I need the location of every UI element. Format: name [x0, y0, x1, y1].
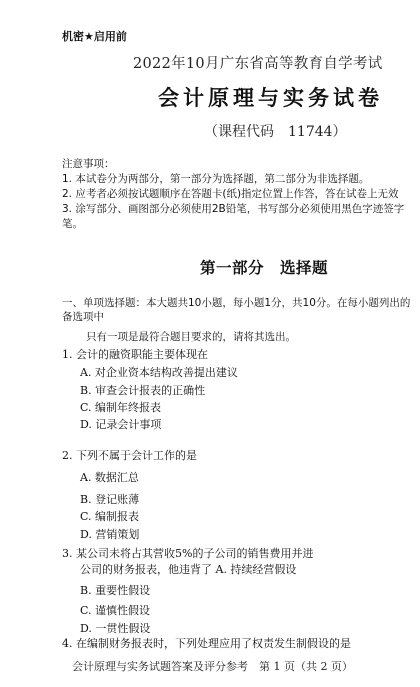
- question-option: A. 对企业资本结构改善提出建议: [80, 364, 238, 380]
- note-item: 1. 本试卷分为两部分，第一部分为选择题，第二部分为非选择题。: [62, 172, 404, 187]
- question-stem: 3. 某公司未将占其营收5%的子公司的销售费用并进: [62, 545, 313, 561]
- security-mark: 机密★启用前: [62, 28, 127, 44]
- section-instructions: 一、单项选择题：本大题共10小题，每小题1分，共10分。在每小题列出的 备选项中…: [62, 296, 410, 344]
- note-item: 3. 涂写部分、画图部分必须使用2B铅笔，书写部分必须使用黑色字迹签字: [62, 202, 404, 217]
- part-heading: 第一部分 选择题: [200, 256, 328, 278]
- exam-name: 2022年10月广东省高等教育自学考试: [133, 52, 383, 73]
- question-stem: 4. 在编制财务报表时，下列处理应用了权责发生制假设的是: [62, 635, 351, 651]
- question-stem-continued: 公司的财务报表，他违背了 A. 持续经营假设: [80, 561, 296, 577]
- page-footer: 会计原理与实务试题答案及评分参考 第 1 页（共 2 页）: [72, 658, 353, 674]
- question-stem: 1. 会计的融资职能主要体现在: [62, 346, 208, 362]
- question-option: B. 审查会计报表的正确性: [80, 382, 205, 398]
- course-code: （课程代码 11744）: [204, 121, 347, 141]
- question-stem: 2. 下列不属于会计工作的是: [62, 447, 197, 463]
- page-title: 会计原理与实务试卷: [158, 82, 383, 112]
- notes-heading: 注意事项：: [62, 157, 404, 172]
- instruction-line: 只有一项是最符合题目要求的，请将其选出。: [62, 330, 410, 344]
- question-option: D. 营销策划: [80, 526, 139, 542]
- instruction-line: 一、单项选择题：本大题共10小题，每小题1分，共10分。在每小题列出的: [62, 296, 410, 310]
- note-item: 2. 应考者必须按试题顺序在答题卡(纸)指定位置上作答，答在试卷上无效: [62, 187, 404, 202]
- question-option: A. 数据汇总: [80, 469, 139, 485]
- question-option: D. 一贯性假设: [80, 620, 150, 636]
- question-option: B. 重要性假设: [80, 582, 150, 598]
- question-option: D. 记录会计事项: [80, 416, 161, 432]
- notes-section: 注意事项： 1. 本试卷分为两部分，第一部分为选择题，第二部分为非选择题。 2.…: [62, 157, 404, 232]
- question-option: B. 登记账薄: [80, 491, 139, 507]
- question-option: C. 编制年终报表: [80, 399, 161, 415]
- instruction-line: 备选项中: [62, 310, 410, 324]
- question-option: C. 谨慎性假设: [80, 602, 150, 618]
- question-option: C. 编制报表: [80, 508, 139, 524]
- note-item: 笔。: [62, 217, 404, 232]
